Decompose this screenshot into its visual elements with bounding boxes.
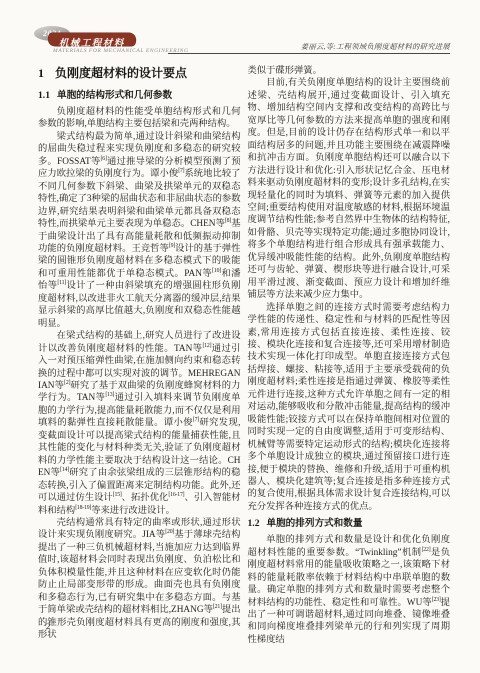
paragraph: 选择单胞之间的连接方式时需要考虑结构力学性能的传递性、稳定性和与材料的匹配性等因…: [248, 302, 451, 514]
paragraph: 在梁式结构的基础上,研究人员进行了改进设计以改善负刚度超材料的性能。TAN等[1…: [38, 330, 241, 517]
journal-logo: 机械工程材料: [47, 33, 138, 46]
page-header: 2024 机械工程材料 MATERIALS FOR MECHANICAL ENG…: [38, 32, 450, 56]
section-1-2-heading: 1.2单胞的排列方式和数量: [248, 517, 451, 530]
page-number: 2: [46, 621, 50, 631]
running-head: 姜丽云,等:工程领域负刚度超材料的研究进展: [301, 42, 450, 52]
section-number: 1.2: [248, 518, 260, 529]
journal-name-cn: 机械工程材料: [59, 38, 125, 51]
section-number: 1: [38, 66, 44, 80]
paper-page: 2024 机械工程材料 MATERIALS FOR MECHANICAL ENG…: [0, 0, 480, 673]
paragraph: 目前,有关负刚度单胞结构的设计主要围绕前述梁、壳结构展开,通过变截面设计、引入填…: [248, 77, 451, 301]
section-1-heading: 1负刚度超材料的设计要点: [38, 66, 241, 81]
paragraph-continuation: 类似于碟形弹簧。: [248, 65, 451, 77]
paragraph: 壳结构通常具有特定的曲率或形状,通过形状设计来实现负刚度研究。JIA等[20]基…: [38, 517, 241, 642]
left-column: 1负刚度超材料的设计要点 1.1单胞的结构形式和几何参数 负刚度超材料的性能受单…: [38, 65, 241, 646]
right-column: 类似于碟形弹簧。 目前,有关负刚度单胞结构的设计主要围绕前述梁、壳结构展开,通过…: [248, 65, 451, 646]
two-column-body: 1负刚度超材料的设计要点 1.1单胞的结构形式和几何参数 负刚度超材料的性能受单…: [38, 65, 450, 646]
section-number: 1.1: [38, 90, 50, 101]
paragraph: 单胞的排列方式和数量是设计和优化负刚度超材料性能的重要参数。“Twinkling…: [248, 534, 451, 646]
section-title: 单胞的排列方式和数量: [267, 518, 363, 529]
section-1-1-heading: 1.1单胞的结构形式和几何参数: [38, 89, 241, 102]
section-title: 负刚度超材料的设计要点: [55, 66, 187, 80]
header-rule: [168, 53, 450, 54]
section-title: 单胞的结构形式和几何参数: [57, 90, 172, 101]
paragraph: 梁式结构最为简单,通过设计斜梁和曲梁结构的屈曲失稳过程来实现负刚度和多稳态的研究…: [38, 131, 241, 330]
paragraph: 负刚度超材料的性能受单胞结构形式和几何参数的影响,单胞结构主要包括梁和壳两种结构…: [38, 106, 241, 131]
